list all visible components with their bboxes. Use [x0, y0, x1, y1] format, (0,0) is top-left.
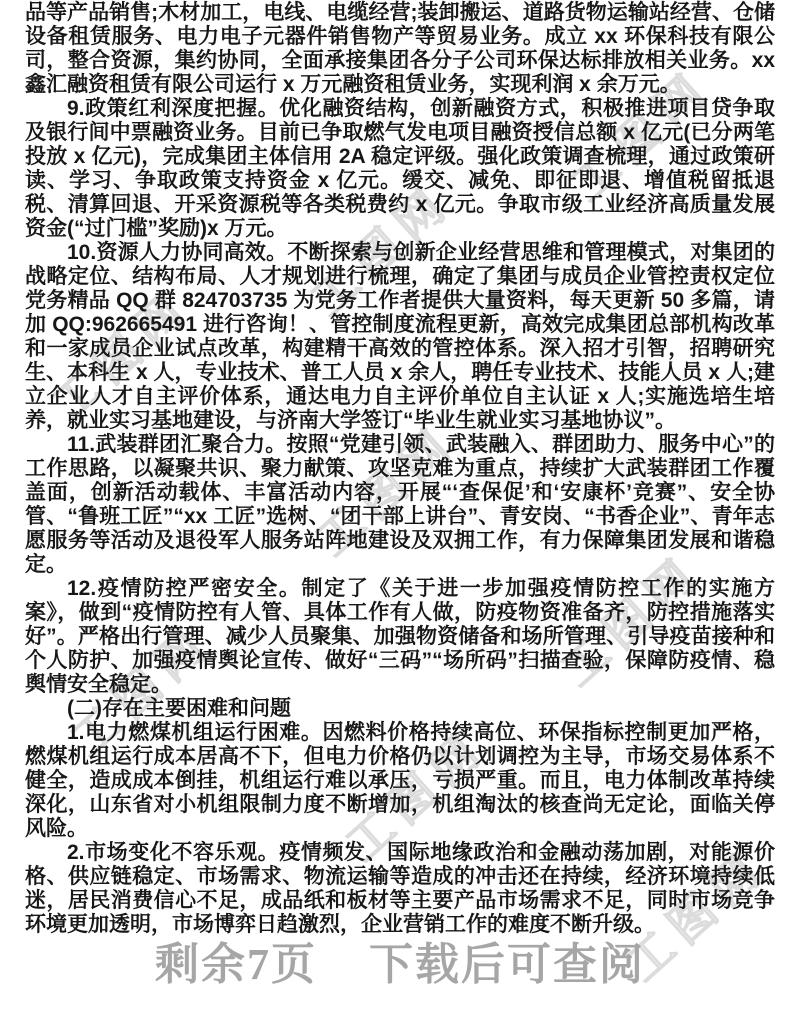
document-page: 工图网工图网工图网工图网工图网工图网工图网工图网 品等产品销售;木材加工，电线、… [0, 0, 800, 1034]
download-hint-label: 下载后可查阅 [369, 940, 645, 989]
paragraph: (二)存在主要困难和问题 [25, 697, 775, 721]
paragraph: 12.疫情防控严密安全。制定了《关于进一步加强疫情防控工作的实施方案》，做到“疫… [25, 577, 775, 697]
paragraph: 2.市场变化不容乐观。疫情频发、国际地缘政治和金融动荡加剧，对能源价格、供应链稳… [25, 841, 775, 937]
document-body: 品等产品销售;木材加工，电线、电缆经营;装卸搬运、道路货物运输站经营、仓储设备租… [25, 1, 775, 937]
remaining-pages-banner: 剩余7页下载后可查阅 [0, 928, 800, 992]
paragraph: 9.政策红利深度把握。优化融资结构，创新融资方式，积极推进项目贷争取及银行间中票… [25, 97, 775, 241]
remaining-pages-label: 剩余7页 [155, 940, 317, 989]
paragraph: 品等产品销售;木材加工，电线、电缆经营;装卸搬运、道路货物运输站经营、仓储设备租… [25, 1, 775, 97]
paragraph: 11.武装群团汇聚合力。按照“党建引领、武装融入、群团助力、服务中心”的工作思路… [25, 433, 775, 577]
paragraph: 1.电力燃煤机组运行困难。因燃料价格持续高位、环保指标控制更加严格，燃煤机组运行… [25, 721, 775, 841]
paragraph: 10.资源人力协同高效。不断探索与创新企业经营思维和管理模式，对集团的战略定位、… [25, 241, 775, 433]
